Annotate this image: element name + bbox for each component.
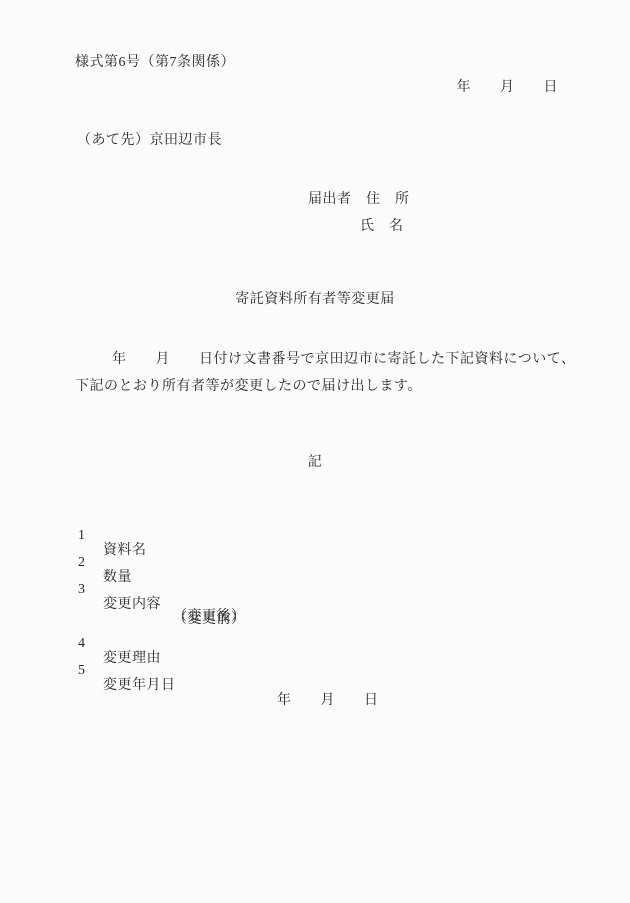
item-number: 5 [78,663,86,678]
document-page: 様式第6号（第7条関係） 年 月 日 （あて先）京田辺市長 届出者 住 所 氏 … [0,0,630,903]
document-title: 寄託資料所有者等変更届 [0,292,630,307]
list-item-quantity: 2 数量 [0,540,630,555]
list-item-change-details-after: （変更後） [0,594,630,609]
item-label: 変更年月日 [103,678,176,693]
form-number: 様式第6号（第7条関係） [75,55,235,70]
list-item-change-details: 3 変更内容 （変更前） [0,567,630,582]
body-paragraph-line-1: 年 月 日付け文書番号で京田辺市に寄託した下記資料について、 [75,352,575,367]
list-item-change-reason: 4 変更理由 [0,621,630,636]
addressee-line: （あて先）京田辺市長 [77,133,222,148]
list-item-material-name: 1 資料名 [0,513,630,528]
body-paragraph-line-2: 下記のとおり所有者等が変更したので届け出します。 [75,379,422,394]
header-date-line: 年 月 日 [457,80,559,95]
notifier-address-line: 届出者 住 所 [308,192,410,207]
item-date-fields: 年 月 日 [277,693,379,708]
notifier-name-line: 氏 名 [360,219,404,234]
list-item-change-date: 5 変更年月日 年 月 日 [0,648,630,663]
record-heading: 記 [0,455,630,470]
